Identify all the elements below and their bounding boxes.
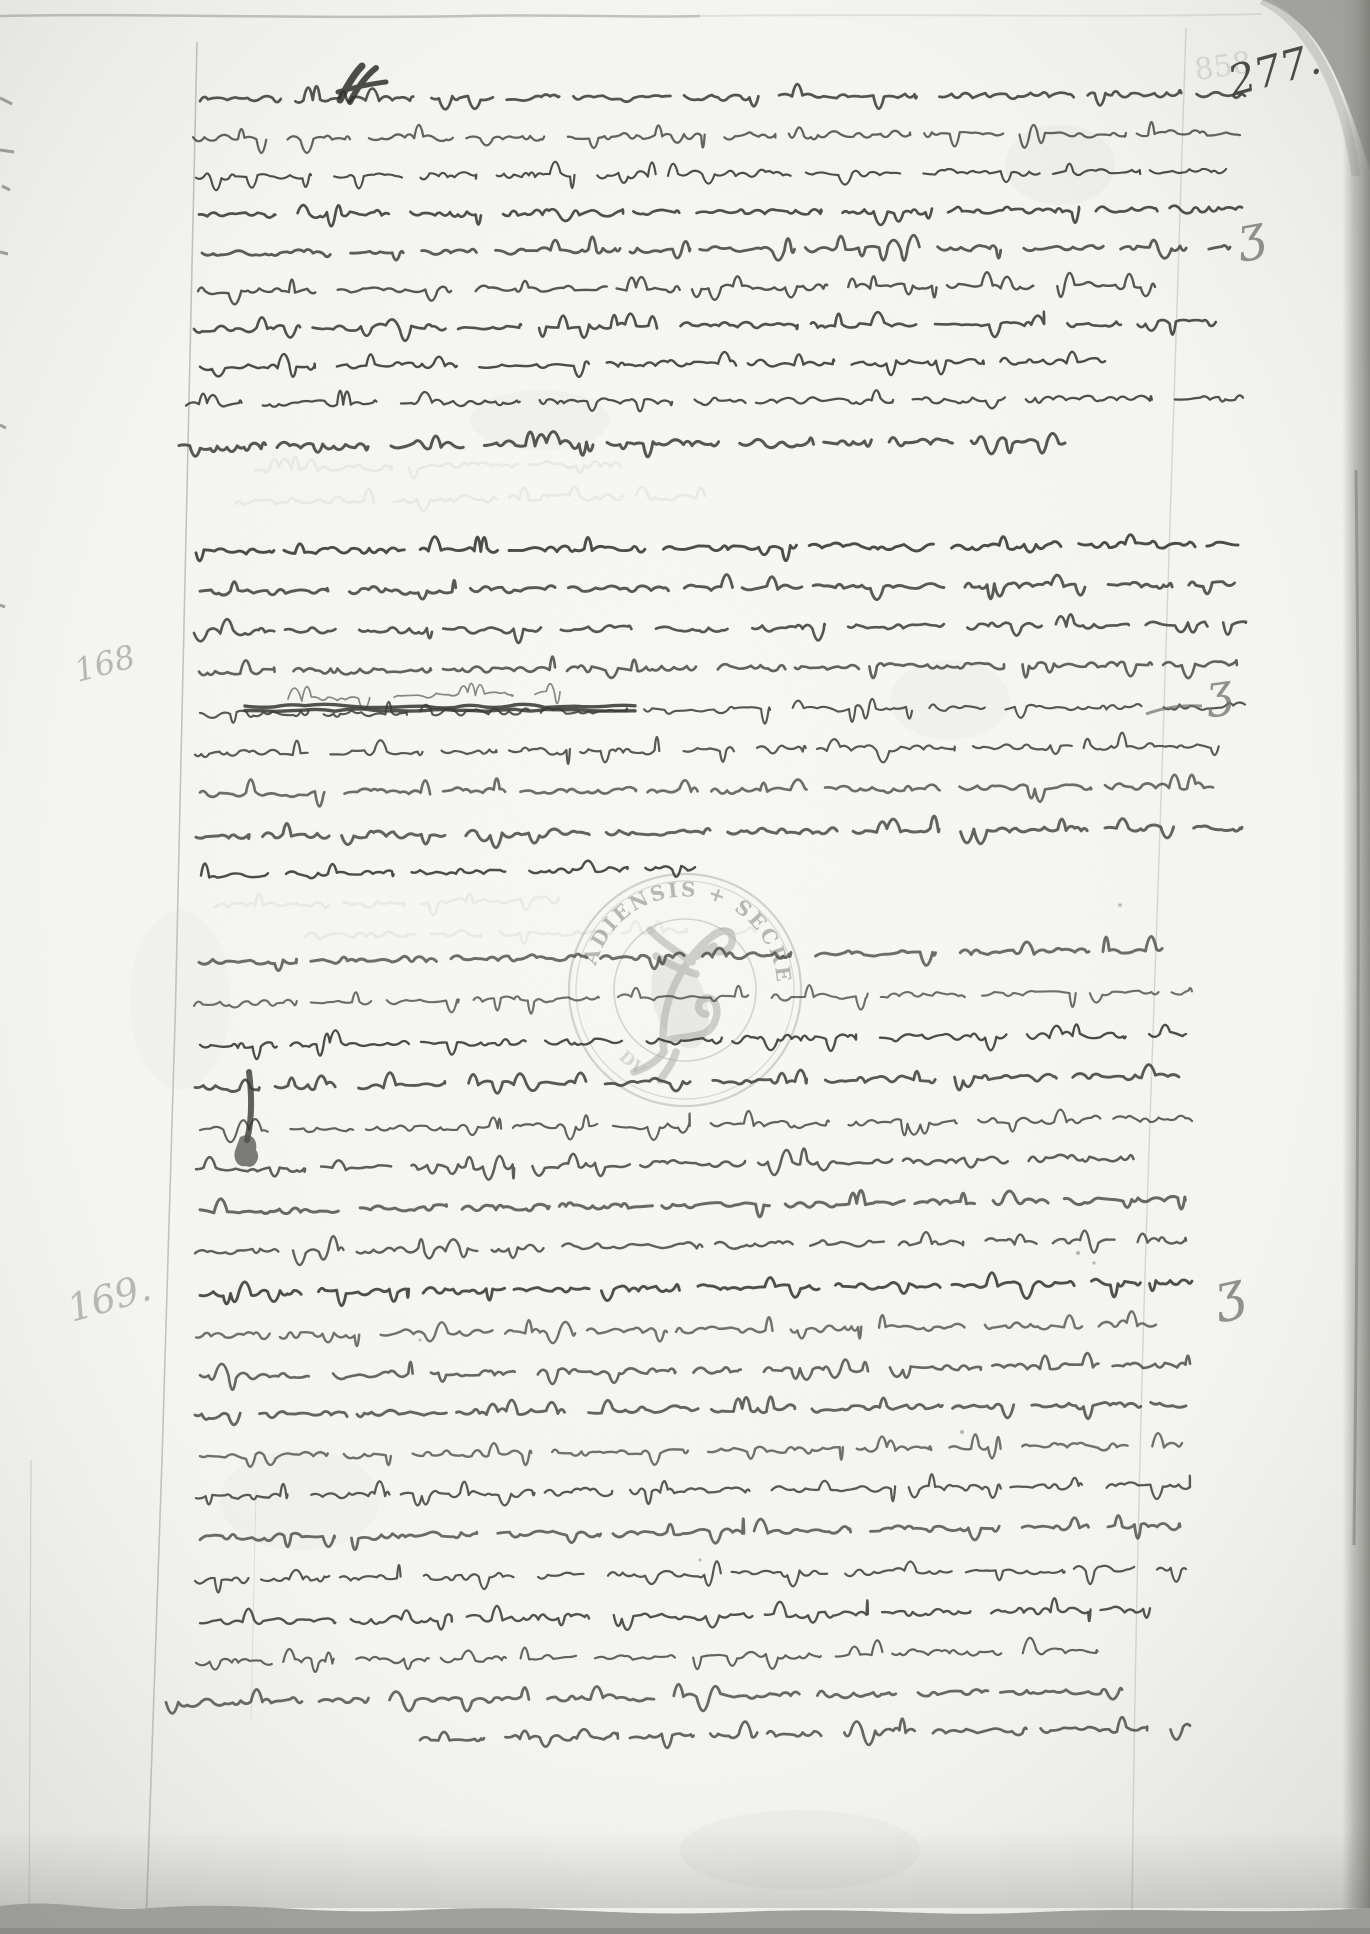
vignette xyxy=(0,0,1370,1934)
manuscript-scan: ADIENSIS + SECRETV DV xyxy=(0,0,1370,1934)
manuscript-page: ADIENSIS + SECRETV DV xyxy=(0,0,1370,1934)
